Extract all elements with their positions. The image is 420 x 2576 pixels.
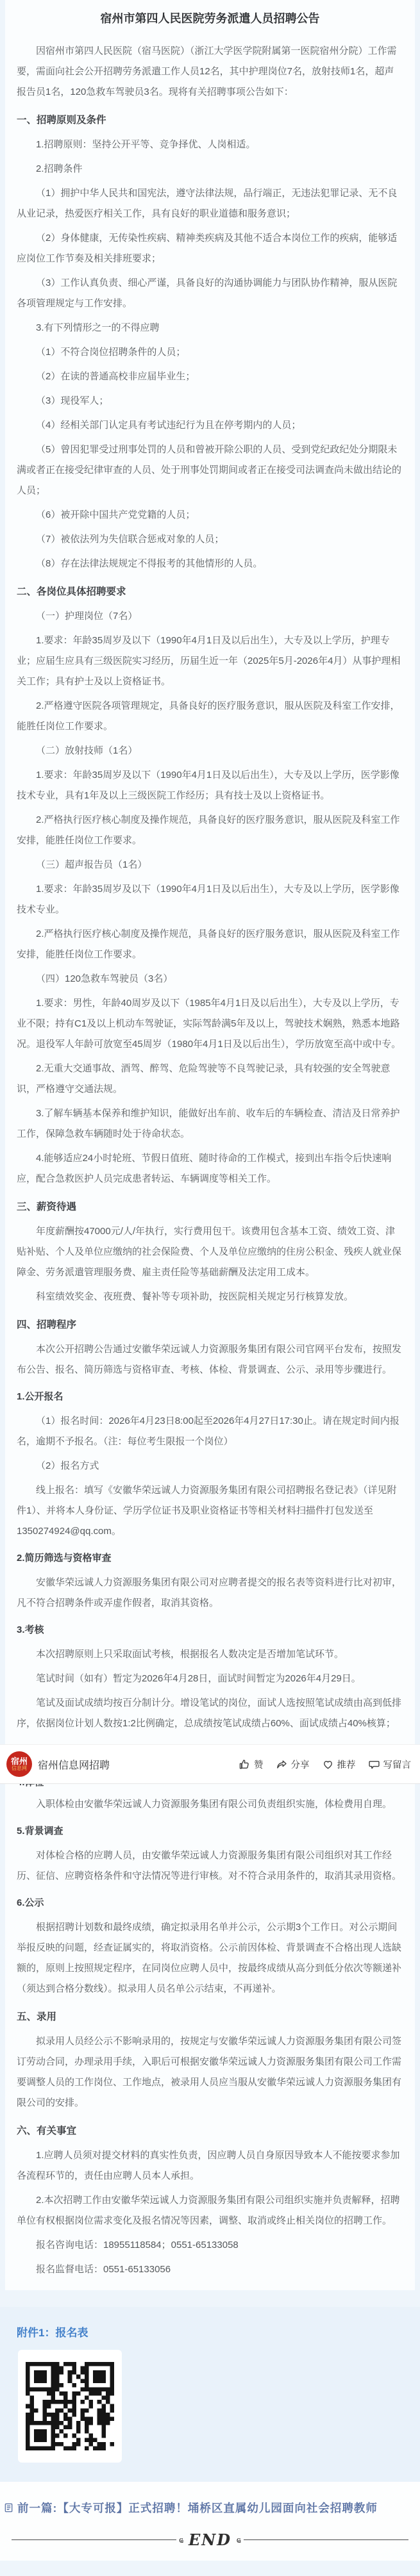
clipped-heading: 4.体检 — [17, 1784, 403, 1790]
paragraph: 1.要求：年龄35周岁及以下（1990年4月1日及以后出生），大专及以上学历，护… — [17, 631, 403, 692]
paragraph: 3.有下列情形之一的不得应聘 — [17, 318, 403, 338]
account-logo: 宿州 信息网 — [6, 1751, 32, 1777]
account-logo-text-top: 宿州 — [11, 1757, 28, 1765]
share-button[interactable]: 分享 — [275, 1758, 310, 1771]
like-label: 赞 — [254, 1758, 264, 1771]
paragraph: 1.招聘原则：坚持公开平等、竞争择优、人岗相适。 — [17, 135, 403, 155]
paragraph: 2.严格执行医疗核心制度及操作规范，具备良好的医疗服务意识，服从医院及科室工作安… — [17, 924, 403, 965]
section-heading: 六、有关事宜 — [17, 2121, 403, 2142]
left-curl-ornament: ҩ — [176, 2534, 186, 2546]
announcement-page: 宿州市第四人民医院劳务派遣人员招聘公告 因宿州市第四人民医院（宿马医院）（浙江大… — [0, 0, 420, 2576]
page-title: 宿州市第四人民医院劳务派遣人员招聘公告 — [17, 3, 403, 37]
paragraph: 本次招聘原则上只采取面试考核，根据报名人数决定是否增加笔试环节。 — [17, 1644, 403, 1665]
paragraph: 因宿州市第四人民医院（宿马医院）（浙江大学医学院附属第一医院宿州分院）工作需要，… — [17, 41, 403, 103]
paragraph: 拟录用人员经公示不影响录用的，按规定与安徽华荣远诚人力资源服务集团有限公司签订劳… — [17, 2031, 403, 2113]
paragraph: 线上报名：填写《安徽华荣远诚人力资源服务集团有限公司招聘报名登记表》（详见附件1… — [17, 1480, 403, 1542]
paragraph: 报名监督电话：0551-65133056 — [17, 2259, 403, 2280]
share-label: 分享 — [291, 1758, 310, 1771]
paragraph: 1.应聘人员须对提交材料的真实性负责，因应聘人员自身原因导致本人不能按要求参加各… — [17, 2145, 403, 2186]
paragraph: 1.要求：年龄35周岁及以下（1990年4月1日及以后出生），大专及以上学历，医… — [17, 765, 403, 806]
account-share-bar: 宿州 信息网 宿州信息网招聘 赞 — [0, 1744, 420, 1784]
section-heading: 三、薪资待遇 — [17, 1197, 403, 1218]
share-actions: 赞 分享 推荐 — [238, 1758, 411, 1771]
paragraph: 报名咨询电话：18955118584；0551-65133058 — [17, 2235, 403, 2256]
paragraph: 2.严格执行医疗核心制度及操作规范，具备良好的医疗服务意识，服从医院及科室工作安… — [17, 810, 403, 851]
paragraph: 2.本次招聘工作由安徽华荣远诚人力资源服务集团有限公司组织实施并负责解释，招聘单… — [17, 2190, 403, 2231]
paragraph: 笔试及面试成绩均按百分制计分。增设笔试的岗位，面试人选按照笔试成绩由高到低排序，… — [17, 1693, 403, 1734]
attachment-link[interactable]: 附件1：报名表 — [0, 2324, 105, 2340]
sub-heading: 3.考核 — [17, 1620, 403, 1640]
paragraph: （8）存在法律法规规定不得报考的其他情形的人员。 — [17, 554, 403, 574]
sub-heading: 1.公开报名 — [17, 1387, 403, 1407]
bottom-strip — [0, 2561, 420, 2576]
paragraph: 1.要求：年龄35周岁及以下（1990年4月1日及以后出生），大专及以上学历，医… — [17, 879, 403, 920]
paragraph: （5）曾因犯罪受过刑事处罚的人员和曾被开除公职的人员、受到党纪政纪处分期限未满或… — [17, 440, 403, 501]
paragraph: 根据招聘计划数和最终成绩，确定拟录用名单并公示，公示期3个工作日。对公示期间举报… — [17, 1917, 403, 1999]
paragraph: （三）超声报告员（1名） — [17, 855, 403, 875]
paragraph: （2）在读的普通高校非应届毕业生； — [17, 367, 403, 387]
paragraph: 2.严格遵守医院各项管理规定，具备良好的医疗服务意识，服从医院及科室工作安排，能… — [17, 696, 403, 737]
paragraph: 科室绩效奖金、夜班费、餐补等专项补助，按医院相关规定另行核算发放。 — [17, 1287, 403, 1307]
article-body-top: 宿州市第四人民医院劳务派遣人员招聘公告 因宿州市第四人民医院（宿马医院）（浙江大… — [5, 0, 415, 1744]
paragraph: （7）被依法列为失信联合惩戒对象的人员； — [17, 529, 403, 550]
paragraph: 对体检合格的应聘人员，由安徽华荣远诚人力资源服务集团有限公司组织对其工作经历、征… — [17, 1845, 403, 1887]
paragraph: 2.无重大交通事故、酒驾、醉驾、危险驾驶等不良驾驶记录，具有较强的安全驾驶意识，… — [17, 1059, 403, 1100]
attachment-section: 附件1：报名表 — [0, 2307, 420, 2482]
recommend-button[interactable]: 推荐 — [321, 1758, 356, 1771]
comment-icon — [367, 1758, 381, 1771]
paragraph: （6）被开除中国共产党党籍的人员； — [17, 505, 403, 525]
section-heading: 五、录用 — [17, 2007, 403, 2027]
attachment-qr-card[interactable] — [18, 2350, 122, 2463]
account-name: 宿州信息网招聘 — [38, 1757, 110, 1772]
section-heading: 一、招聘原则及条件 — [17, 110, 403, 131]
paragraph: （1）不符合岗位招聘条件的人员； — [17, 342, 403, 363]
share-icon — [275, 1758, 289, 1771]
paragraph: （四）120急救车驾驶员（3名） — [17, 969, 403, 989]
paragraph: 笔试时间（如有）暂定为2026年4月28日，面试时间暂定为2026年4月29日。 — [17, 1669, 403, 1689]
article-body-bottom: 4.体检入职体检由安徽华荣远诚人力资源服务集团有限公司负责组织实施，体检费用自理… — [5, 1784, 415, 2290]
paragraph: 本次公开招聘公告通过安徽华荣远诚人力资源服务集团有限公司官网平台发布，按照发布公… — [17, 1339, 403, 1380]
page-footer: 前一篇:【大专可报】正式招聘！埇桥区直属幼儿园面向社会招聘教师 ҩ END ҩ — [0, 2482, 420, 2561]
paragraph: 1.要求：男性，年龄40周岁及以下（1985年4月1日及以后出生），大专及以上学… — [17, 993, 403, 1055]
section-heading: 四、招聘程序 — [17, 1315, 403, 1335]
previous-post-label: 前一篇:【大专可报】正式招聘！埇桥区直属幼儿园面向社会招聘教师 — [17, 2500, 378, 2516]
previous-post-link[interactable]: 前一篇:【大专可报】正式招聘！埇桥区直属幼儿园面向社会招聘教师 — [0, 2500, 420, 2516]
paragraph: 2.招聘条件 — [17, 159, 403, 179]
paragraph: 安徽华荣远诚人力资源服务集团有限公司对应聘者提交的报名表等资料进行比对初审，凡不… — [17, 1573, 403, 1614]
right-curl-ornament: ҩ — [234, 2534, 244, 2546]
sub-heading: 2.简历筛选与资格审查 — [17, 1548, 403, 1569]
paragraph: （一）护理岗位（7名） — [17, 606, 403, 627]
like-button[interactable]: 赞 — [238, 1758, 264, 1771]
paragraph: （1）报名时间：2026年4月23日8:00起至2026年4月27日17:30止… — [17, 1411, 403, 1452]
divider-line-left — [12, 2539, 176, 2540]
sub-heading: 6.公示 — [17, 1893, 403, 1913]
paragraph: 3.了解车辆基本保养和维护知识，能做好出车前、收车后的车辆检查、清洁及日常养护工… — [17, 1103, 403, 1144]
paragraph: （3）工作认真负责、细心严谨，具备良好的沟通协调能力与团队协作精神，服从医院各项… — [17, 273, 403, 314]
paragraph: 年度薪酬按47000元/人/年执行，实行费用包干。该费用包含基本工资、绩效工资、… — [17, 1221, 403, 1283]
account-logo-text-bottom: 信息网 — [12, 1766, 27, 1771]
paragraph: （2）身体健康，无传染性疾病、精神类疾病及其他不适合本岗位工作的疾病，能够适应岗… — [17, 228, 403, 269]
paragraph: （1）拥护中华人民共和国宪法，遵守法律法规，品行端正，无违法犯罪记录、无不良从业… — [17, 183, 403, 224]
paragraph: 4.能够适应24小时轮班、节假日值班、随时待命的工作模式，接到出车指令后快速响应… — [17, 1148, 403, 1189]
paragraph: （2）报名方式 — [17, 1456, 403, 1476]
recommend-label: 推荐 — [337, 1758, 356, 1771]
article-blocks-top: 因宿州市第四人民医院（宿马医院）（浙江大学医学院附属第一医院宿州分院）工作需要，… — [17, 41, 403, 1734]
paragraph: 入职体检由安徽华荣远诚人力资源服务集团有限公司负责组织实施，体检费用自理。 — [17, 1794, 403, 1815]
divider-line-right — [244, 2539, 408, 2540]
end-label: END — [186, 2531, 234, 2549]
sub-heading: 5.背景调查 — [17, 1821, 403, 1842]
official-account[interactable]: 宿州 信息网 宿州信息网招聘 — [6, 1751, 110, 1777]
thumbs-up-icon — [238, 1758, 251, 1771]
section-heading: 二、各岗位具体招聘要求 — [17, 582, 403, 602]
article-blocks-bottom: 4.体检入职体检由安徽华荣远诚人力资源服务集团有限公司负责组织实施，体检费用自理… — [17, 1784, 403, 2280]
write-comment-button[interactable]: 写留言 — [367, 1758, 412, 1771]
end-divider: ҩ END ҩ — [12, 2531, 408, 2549]
paragraph: （4）经相关部门认定具有考试违纪行为且在停考期内的人员； — [17, 415, 403, 436]
qr-code-image — [26, 2362, 114, 2450]
paragraph: （二）放射技师（1名） — [17, 741, 403, 761]
document-icon — [4, 2503, 13, 2513]
write-comment-label: 写留言 — [383, 1758, 412, 1771]
paragraph: （3）现役军人； — [17, 391, 403, 411]
heart-icon — [321, 1758, 335, 1771]
